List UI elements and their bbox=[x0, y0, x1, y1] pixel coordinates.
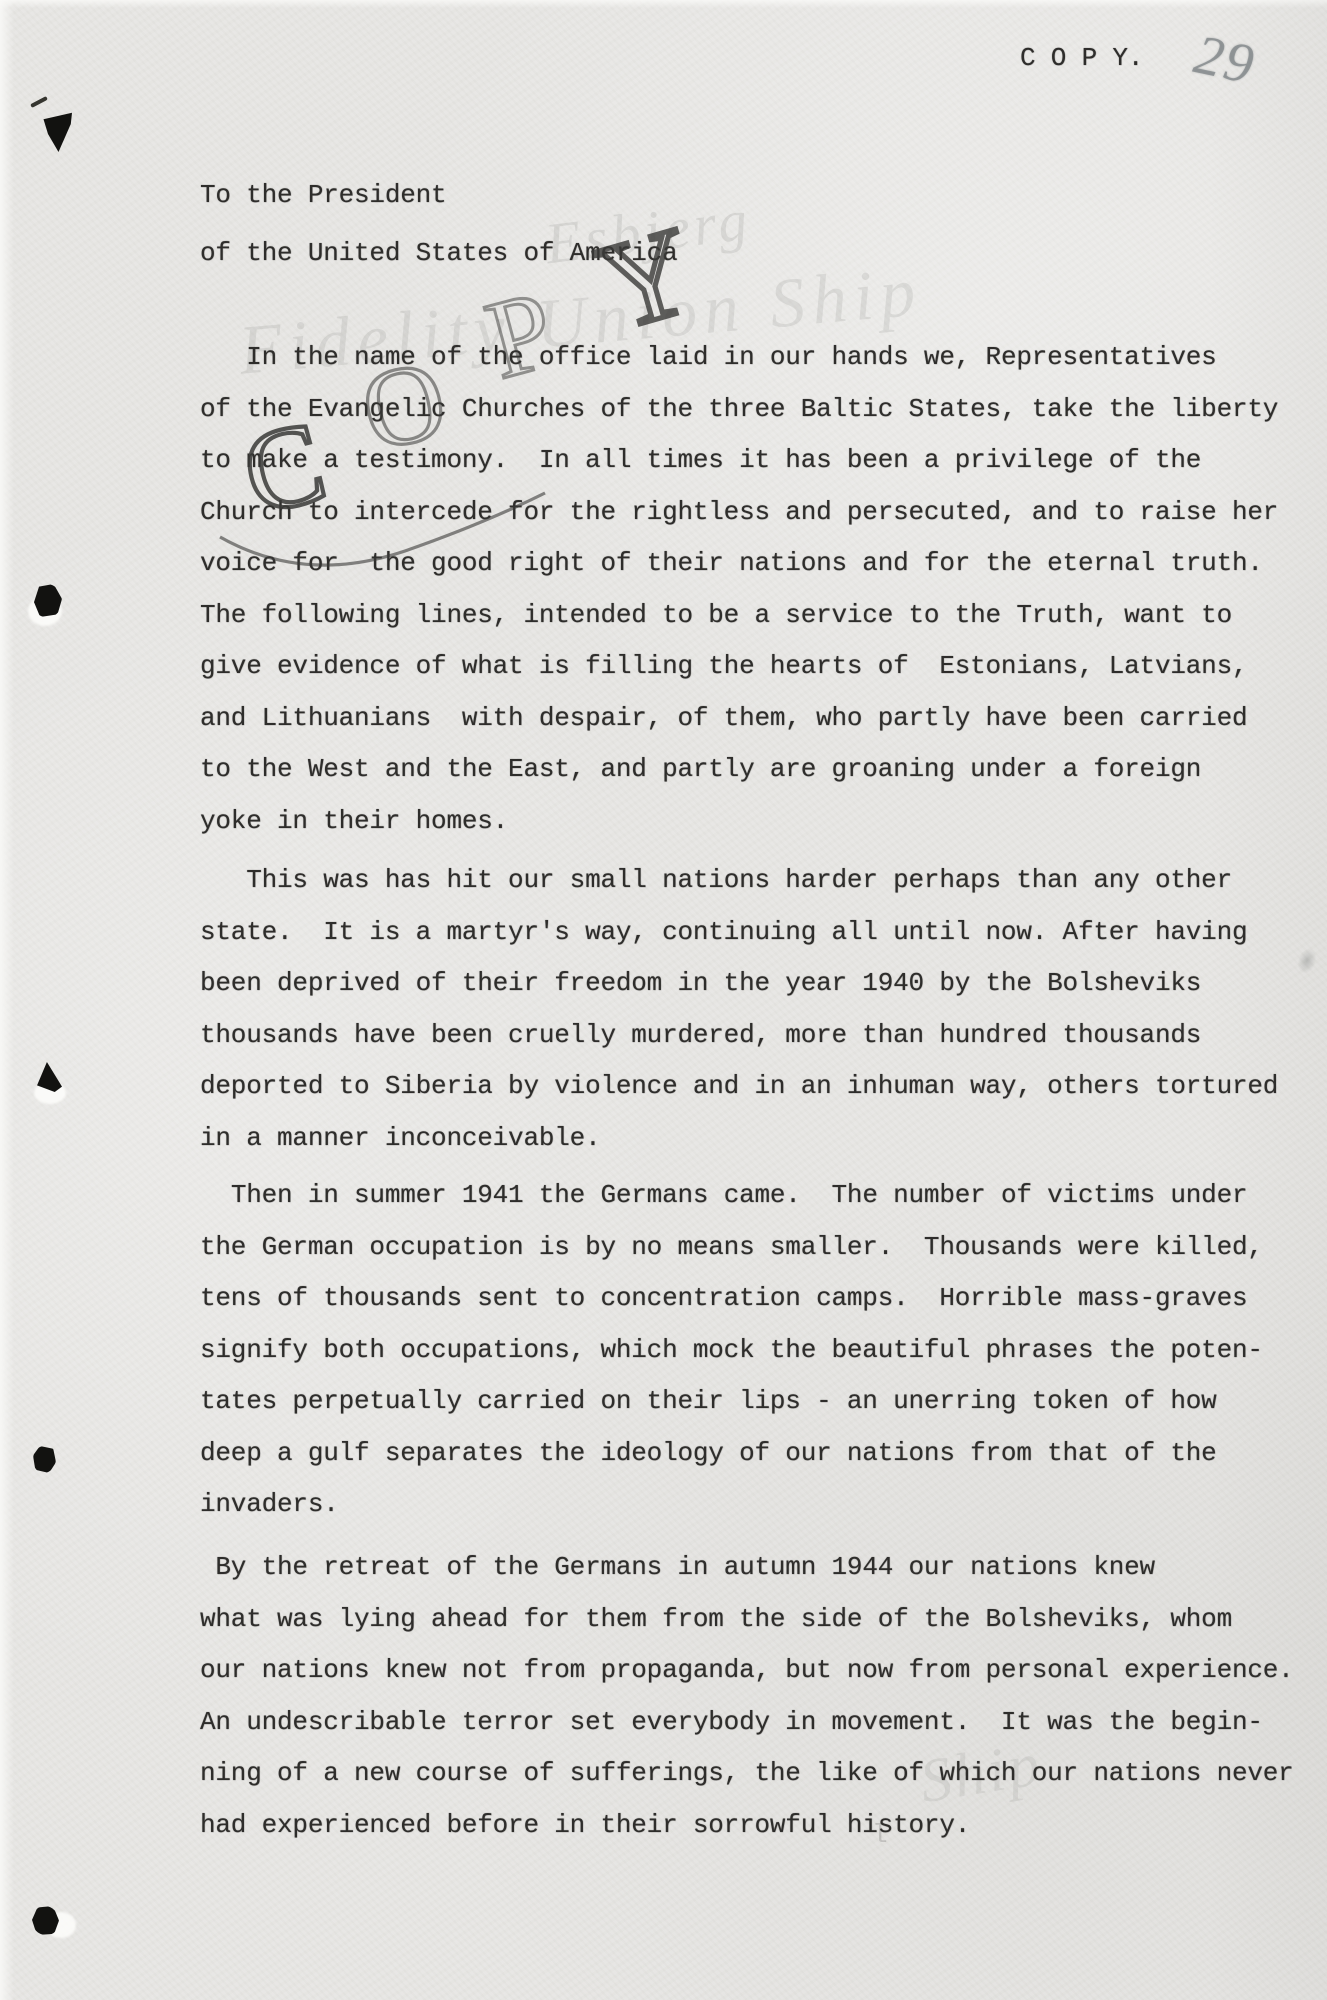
paragraph-3: Then in summer 1941 the Germans came. Th… bbox=[200, 1170, 1324, 1531]
stamp-letter-y: Y bbox=[585, 201, 709, 357]
paragraph-4: By the retreat of the Germans in autumn … bbox=[200, 1542, 1324, 1851]
punch-hole-2 bbox=[34, 584, 62, 617]
punch-hole-4 bbox=[33, 1446, 56, 1473]
stamp-letter-c: C bbox=[231, 397, 337, 540]
scan-edge-left bbox=[0, 0, 14, 2000]
stamp-letter-o: O bbox=[351, 336, 458, 475]
scanned-letter-page: { "page": { "copy_label": "C O P Y.", "p… bbox=[0, 0, 1327, 2000]
ghost-strike-mark: l bbox=[872, 1820, 898, 1846]
scan-edge-top bbox=[0, 0, 1327, 8]
punch-hole-1 bbox=[42, 112, 72, 152]
copy-label: C O P Y. bbox=[1020, 33, 1143, 85]
punch-hole-5 bbox=[32, 1906, 59, 1935]
paragraph-2: This was has hit our small nations harde… bbox=[200, 855, 1324, 1164]
stamp-letter-p: P bbox=[474, 267, 566, 403]
paper-tear-tail bbox=[30, 96, 48, 108]
copy-stamp: C O P Y bbox=[210, 195, 910, 575]
